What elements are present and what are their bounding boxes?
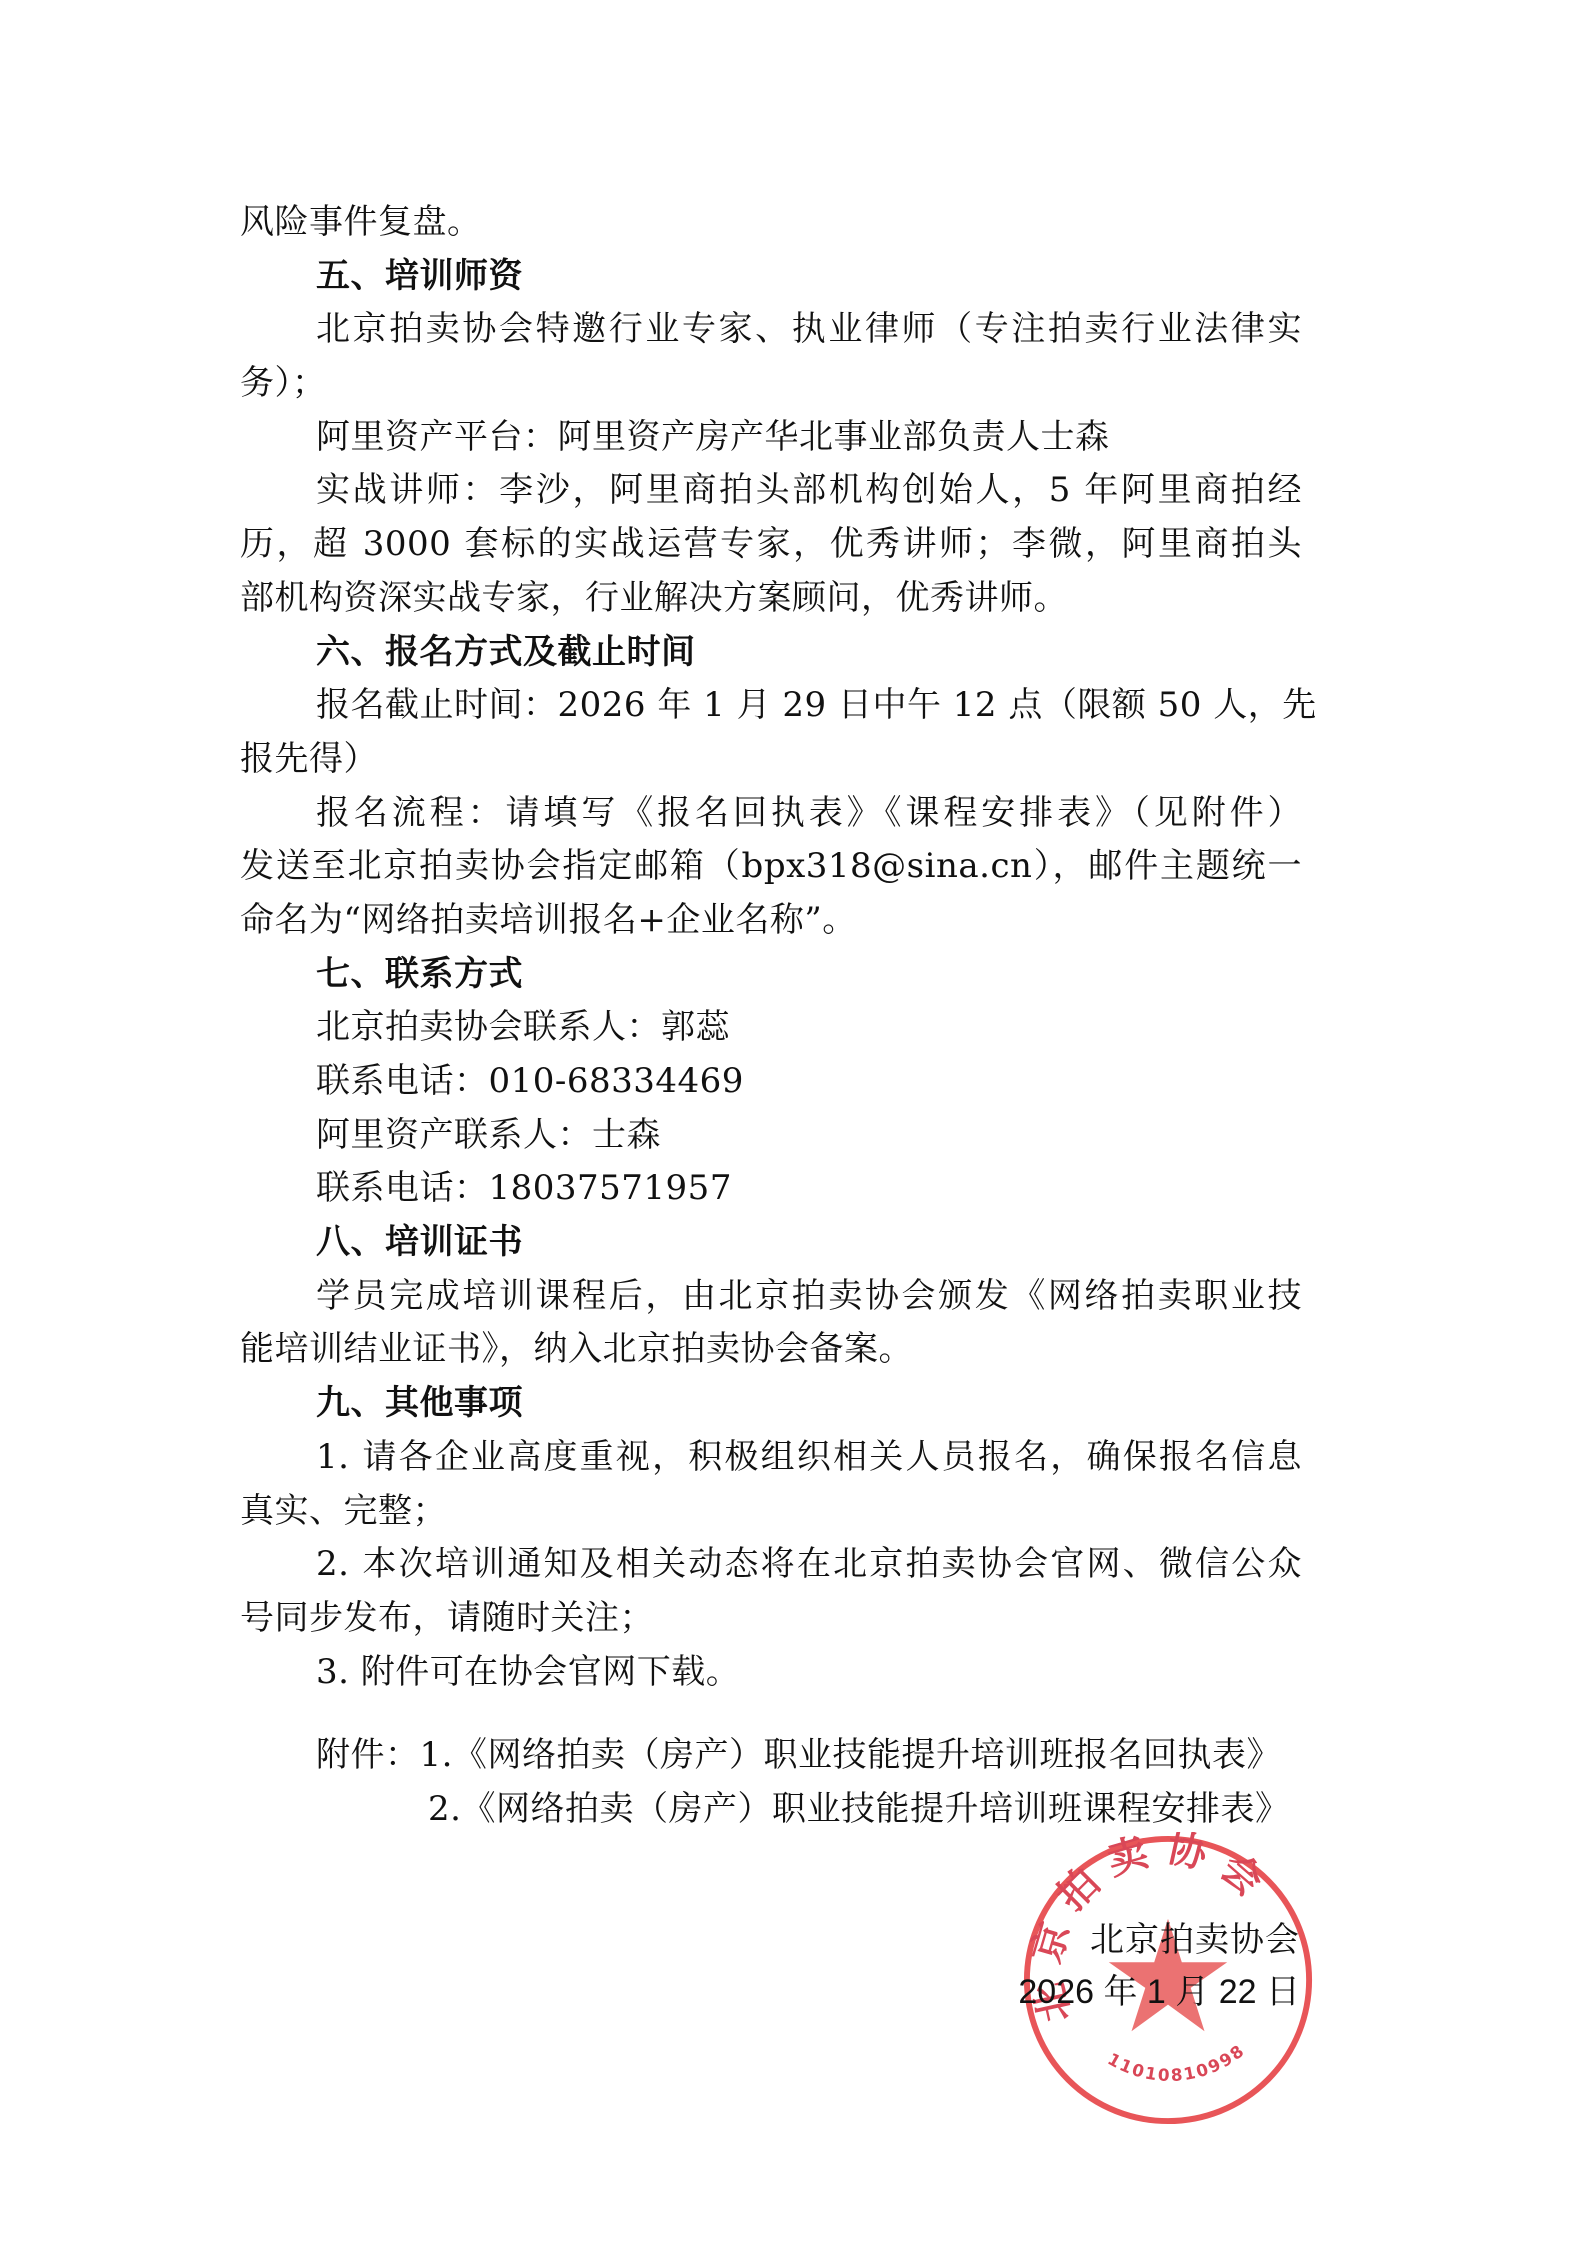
paragraph-line: 实战讲师：李沙，阿里商拍头部机构创始人，5 年阿里商拍经	[240, 464, 1302, 518]
paragraph-line: 能培训结业证书》，纳入北京拍卖协会备案。	[240, 1323, 1302, 1377]
paragraph-line: 部机构资深实战专家，行业解决方案顾问，优秀讲师。	[240, 572, 1302, 626]
paragraph-line: 北京拍卖协会特邀行业专家、执业律师（专注拍卖行业法律实	[240, 303, 1302, 357]
paragraph-line: 1. 请各企业高度重视，积极组织相关人员报名，确保报名信息	[240, 1431, 1302, 1485]
paragraph-line: 真实、完整；	[240, 1485, 1302, 1539]
paragraph-lines: 风险事件复盘。五、培训师资北京拍卖协会特邀行业专家、执业律师（专注拍卖行业法律实…	[240, 196, 1302, 1699]
paragraph-line: 发送至北京拍卖协会指定邮箱（bpx318@sina.cn），邮件主题统一	[240, 840, 1302, 894]
paragraph-line: 学员完成培训课程后，由北京拍卖协会颁发《网络拍卖职业技	[240, 1270, 1302, 1324]
paragraph-line: 报先得）	[240, 733, 1302, 787]
section-heading: 九、其他事项	[240, 1377, 1302, 1431]
signature-organization: 北京拍卖协会	[1090, 1912, 1300, 1961]
spacer	[240, 1699, 1302, 1729]
paragraph-line: 2. 本次培训通知及相关动态将在北京拍卖协会官网、微信公众	[240, 1538, 1302, 1592]
paragraph-line: 历，超 3000 套标的实战运营专家，优秀讲师；李微，阿里商拍头	[240, 518, 1302, 572]
paragraph-line: 命名为“网络拍卖培训报名+企业名称”。	[240, 894, 1302, 948]
attachment-text-2: 2.《网络拍卖（房产）职业技能提升培训班课程安排表》	[428, 1789, 1289, 1829]
section-heading: 六、报名方式及截止时间	[240, 626, 1302, 680]
section-heading: 五、培训师资	[240, 250, 1302, 304]
attachment-item-1: 附件：1.《网络拍卖（房产）职业技能提升培训班报名回执表》	[240, 1729, 1302, 1783]
paragraph-line: 北京拍卖协会联系人：郭蕊	[240, 1001, 1302, 1055]
paragraph-line: 联系电话：010-68334469	[240, 1055, 1302, 1109]
paragraph-line: 阿里资产平台：阿里资产房产华北事业部负责人士森	[240, 411, 1302, 465]
attachment-label: 附件：	[316, 1735, 420, 1775]
section-heading: 八、培训证书	[240, 1216, 1302, 1270]
paragraph-line: 阿里资产联系人：士森	[240, 1109, 1302, 1163]
paragraph-line: 报名截止时间：2026 年 1 月 29 日中午 12 点（限额 50 人，先	[240, 679, 1302, 733]
paragraph-line: 务）；	[240, 357, 1302, 411]
paragraph-line: 3. 附件可在协会官网下载。	[240, 1646, 1302, 1700]
paragraph-line: 报名流程：请填写《报名回执表》《课程安排表》（见附件）	[240, 787, 1302, 841]
attachment-item-2: 2.《网络拍卖（房产）职业技能提升培训班课程安排表》	[240, 1783, 1302, 1837]
paragraph-line: 风险事件复盘。	[240, 196, 1302, 250]
signature-date: 2026 年 1 月 22 日	[1018, 1964, 1300, 2013]
paragraph-line: 联系电话：18037571957	[240, 1162, 1302, 1216]
document-body: 风险事件复盘。五、培训师资北京拍卖协会特邀行业专家、执业律师（专注拍卖行业法律实…	[240, 196, 1302, 1837]
attachment-text-1: 1.《网络拍卖（房产）职业技能提升培训班报名回执表》	[420, 1735, 1281, 1775]
paragraph-line: 号同步发布，请随时关注；	[240, 1592, 1302, 1646]
section-heading: 七、联系方式	[240, 948, 1302, 1002]
